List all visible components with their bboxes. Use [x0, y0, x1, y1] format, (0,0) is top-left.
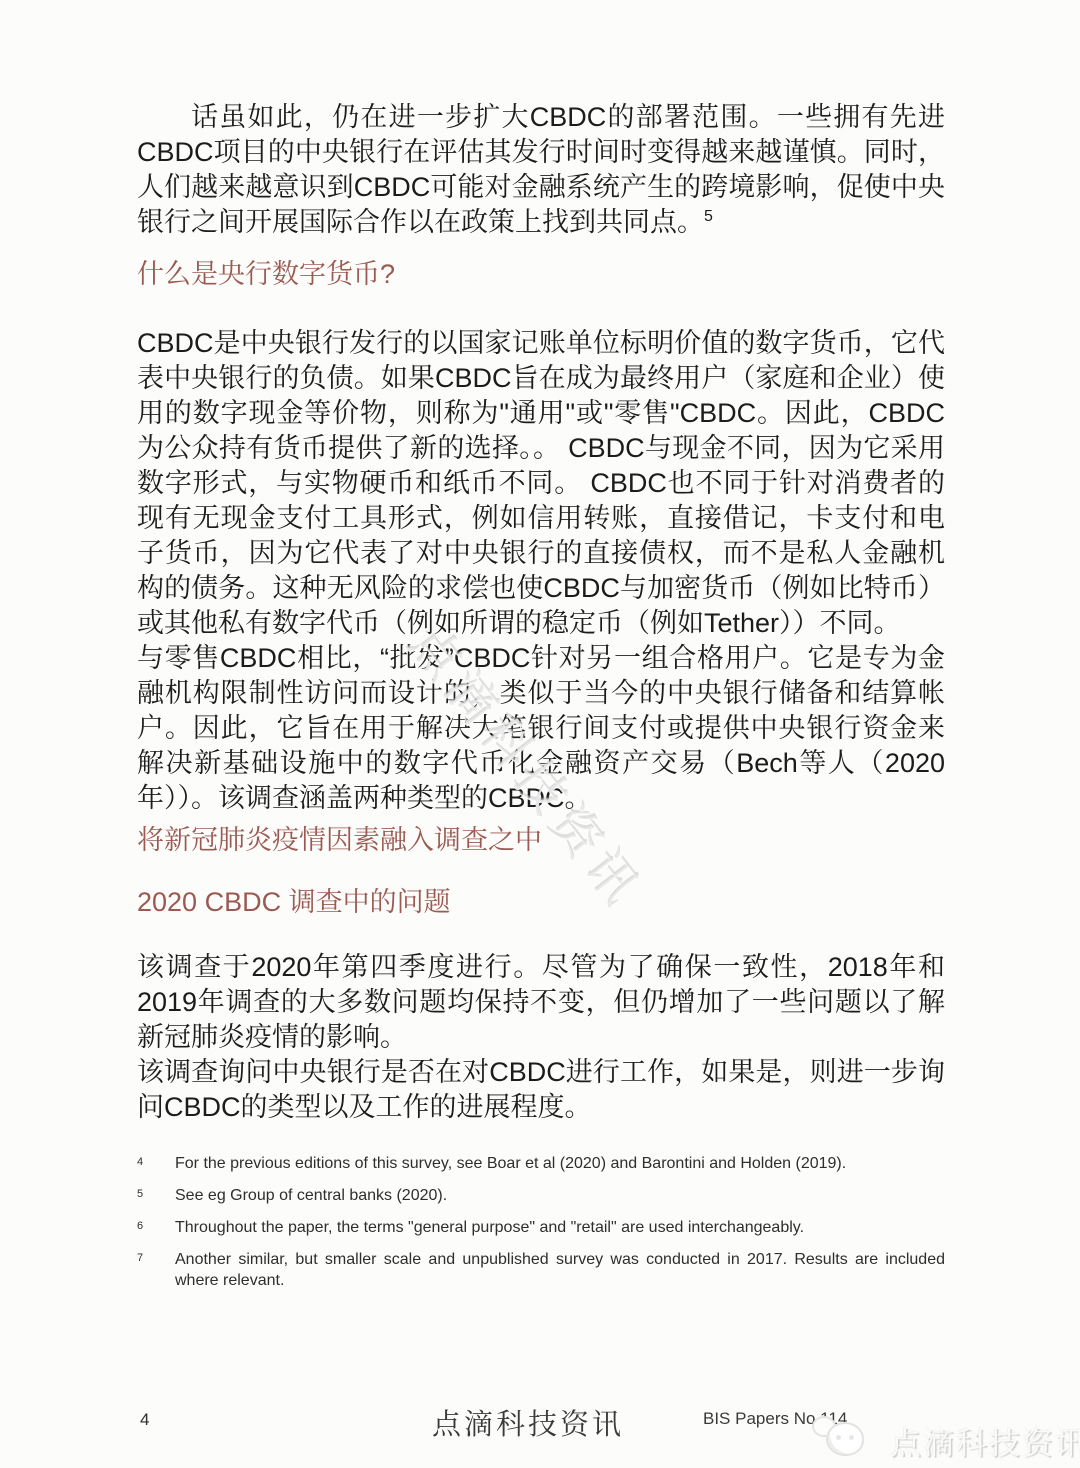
footnote-4: 4 For the previous editions of this surv… — [137, 1153, 945, 1174]
footnote-7: 7 Another similar, but smaller scale and… — [137, 1249, 945, 1291]
footnote-6: 6 Throughout the paper, the terms "gener… — [137, 1217, 945, 1238]
page-footer: 4 点滴科技资讯 BIS Papers No 114 — [0, 1402, 1080, 1446]
footnote-6-text: Throughout the paper, the terms "general… — [175, 1217, 945, 1238]
section-heading-2020-survey: 2020 CBDC 调查中的问题 — [137, 885, 945, 919]
footer-brand-text: 点滴科技资讯 — [432, 1402, 624, 1443]
section-heading-what-is-cbdc: 什么是央行数字货币? — [137, 257, 945, 291]
footnote-6-number: 6 — [137, 1217, 175, 1238]
survey-question-paragraph: 该调查询问中央银行是否在对CBDC进行工作，如果是，则进一步询问CBDC的类型以… — [137, 1055, 945, 1125]
section-heading-covid-factor: 将新冠肺炎疫情因素融入调查之中 — [137, 823, 945, 857]
footnote-ref-5: 5 — [704, 208, 713, 225]
footnote-4-number: 4 — [137, 1153, 175, 1174]
footnote-7-number: 7 — [137, 1249, 175, 1291]
footnote-4-text: For the previous editions of this survey… — [175, 1153, 945, 1174]
page-number: 4 — [140, 1410, 149, 1430]
intro-paragraph-text: 话虽如此，仍在进一步扩大CBDC的部署范围。一些拥有先进CBDC项目的中央银行在… — [137, 102, 945, 237]
cbdc-definition-paragraph: CBDC是中央银行发行的以国家记账单位标明价值的数字货币，它代表中央银行的负债。… — [137, 326, 945, 641]
footnote-5: 5 See eg Group of central banks (2020). — [137, 1185, 945, 1206]
wholesale-cbdc-paragraph: 与零售CBDC相比，“批发”CBDC针对另一组合格用户。它是专为金融机构限制性访… — [137, 641, 945, 816]
footnote-7-text: Another similar, but smaller scale and u… — [175, 1249, 945, 1291]
document-page: 话虽如此，仍在进一步扩大CBDC的部署范围。一些拥有先进CBDC项目的中央银行在… — [0, 0, 1080, 1468]
footnote-5-text: See eg Group of central banks (2020). — [175, 1185, 945, 1206]
page-content: 话虽如此，仍在进一步扩大CBDC的部署范围。一些拥有先进CBDC项目的中央银行在… — [0, 0, 1080, 1291]
footnotes-section: 4 For the previous editions of this surv… — [137, 1153, 945, 1291]
footnote-5-number: 5 — [137, 1185, 175, 1206]
survey-timing-paragraph: 该调查于2020年第四季度进行。尽管为了确保一致性，2018年和2019年调查的… — [137, 950, 945, 1055]
intro-paragraph: 话虽如此，仍在进一步扩大CBDC的部署范围。一些拥有先进CBDC项目的中央银行在… — [137, 100, 945, 240]
document-reference: BIS Papers No 114 — [703, 1409, 847, 1429]
